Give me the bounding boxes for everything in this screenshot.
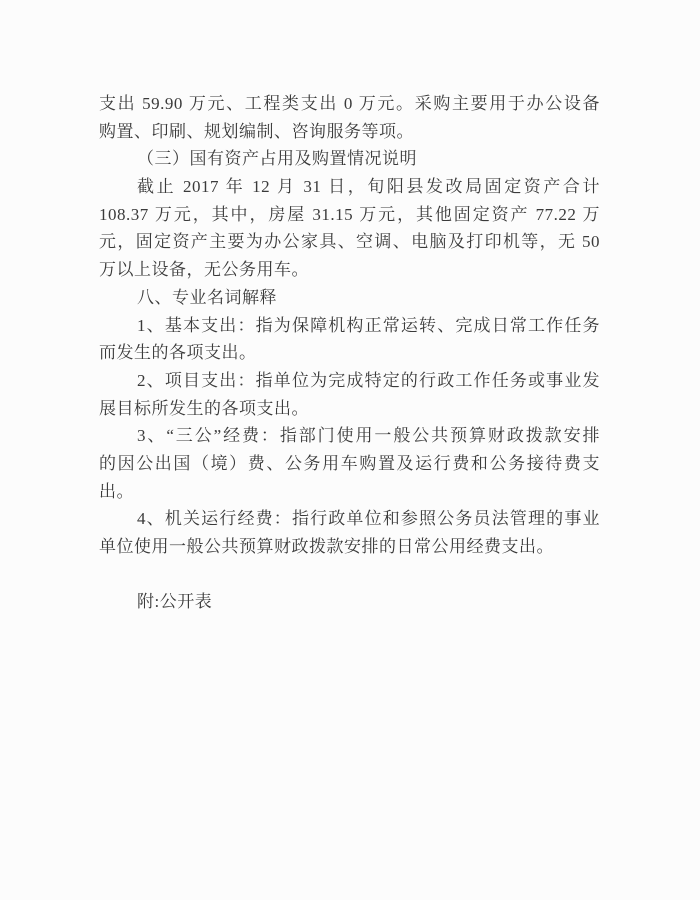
text-line: 出。 bbox=[99, 478, 600, 506]
text-line: 3、“三公”经费：指部门使用一般公共预算财政拨款安排 bbox=[99, 422, 600, 450]
text-line: 1、基本支出：指为保障机构正常运转、完成日常工作任务 bbox=[99, 312, 600, 340]
text-line: 的因公出国（境）费、公务用车购置及运行费和公务接待费支 bbox=[99, 450, 600, 478]
text-line: 展目标所发生的各项支出。 bbox=[99, 395, 600, 423]
text-line: 而发生的各项支出。 bbox=[99, 339, 600, 367]
text-line: 4、机关运行经费：指行政单位和参照公务员法管理的事业 bbox=[99, 505, 600, 533]
text-line: 108.37 万元，其中，房屋 31.15 万元，其他固定资产 77.22 万 bbox=[99, 201, 600, 229]
text-line: 单位使用一般公共预算财政拨款安排的日常公用经费支出。 bbox=[99, 533, 600, 561]
text-line: 八、专业名词解释 bbox=[99, 284, 600, 312]
text-line: （三）国有资产占用及购置情况说明 bbox=[99, 145, 600, 173]
text-line: 附:公开表 bbox=[99, 588, 600, 616]
document-page: 支出 59.90 万元、工程类支出 0 万元。采购主要用于办公设备购置、印刷、规… bbox=[0, 0, 700, 900]
text-line: 2、项目支出：指单位为完成特定的行政工作任务或事业发 bbox=[99, 367, 600, 395]
text-line: 万以上设备，无公务用车。 bbox=[99, 256, 600, 284]
text-line: 元，固定资产主要为办公家具、空调、电脑及打印机等，无 50 bbox=[99, 228, 600, 256]
text-line: 购置、印刷、规划编制、咨询服务等项。 bbox=[99, 118, 600, 146]
text-line: 支出 59.90 万元、工程类支出 0 万元。采购主要用于办公设备 bbox=[99, 90, 600, 118]
text-line: 截止 2017 年 12 月 31 日，旬阳县发改局固定资产合计 bbox=[99, 173, 600, 201]
document-body: 支出 59.90 万元、工程类支出 0 万元。采购主要用于办公设备购置、印刷、规… bbox=[99, 90, 600, 616]
